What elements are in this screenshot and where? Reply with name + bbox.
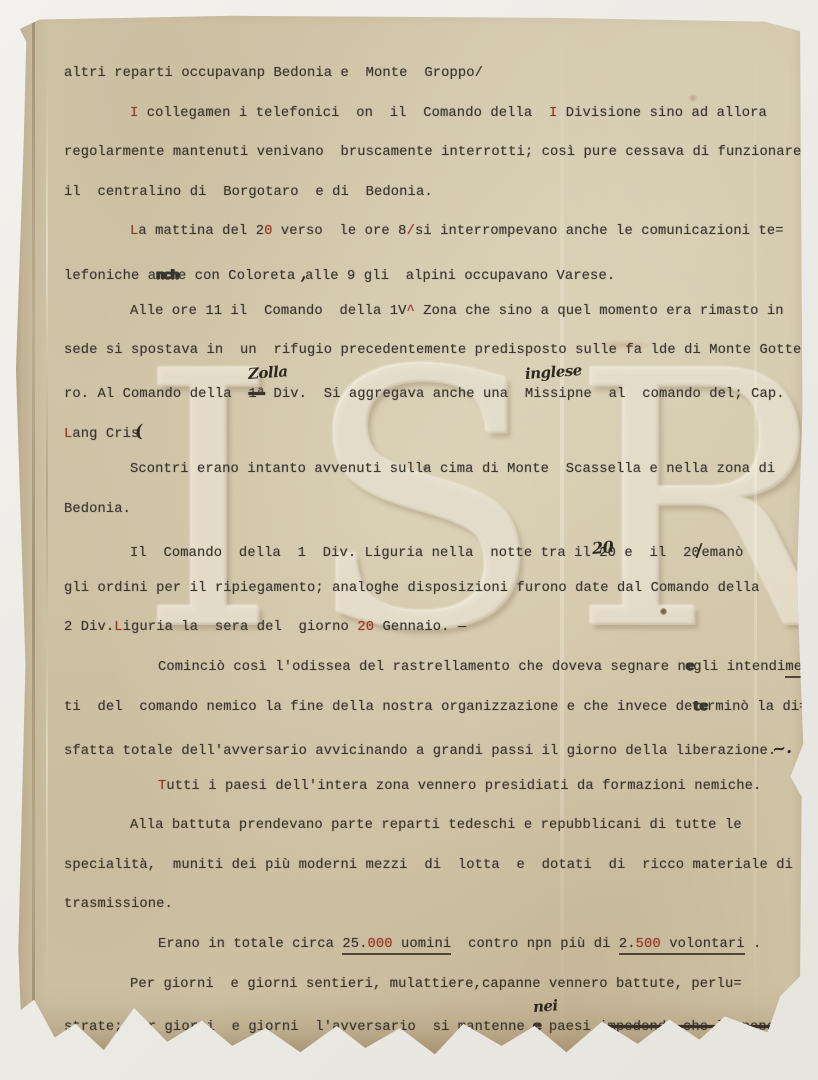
typed-text: 1ª	[248, 387, 265, 402]
typed-text: ro. Al Comando della	[64, 387, 248, 402]
typed-text: collegamen i telefonici on il Comando de…	[138, 106, 549, 121]
typed-text: uomini	[393, 937, 452, 955]
typed-line: specialità, muniti dei più moderni mezzi…	[12, 858, 804, 898]
typed-line: Il Comando della 1 Div. Liguria nella no…	[12, 541, 804, 581]
typed-text: sede si spostava in un rifugio precedent…	[64, 343, 804, 358]
typed-line: 2 Div.Liguria la sera del giorno 20 Genn…	[12, 620, 804, 660]
typed-text: Divisione sino ad allora	[557, 106, 767, 121]
typed-text: sfatta totale dell'avversario avvicinand…	[64, 744, 776, 759]
typed-line: ti del comando nemico la fine della nost…	[12, 700, 804, 740]
typed-line: Alle ore 11 il Comando della 1V^ Zona ch…	[12, 304, 804, 344]
typed-line: I collegamen i telefonici on il Comando …	[12, 106, 804, 146]
typed-text-body: altri reparti occupavanp Bedonia e Monte…	[12, 10, 804, 1056]
typed-line: il centralino di Borgotaro e di Bedonia.	[12, 185, 804, 225]
typed-line: Per giorni e giorni sentieri, mulattiere…	[12, 977, 804, 1017]
typed-text: gli intendi	[693, 660, 785, 675]
typed-text: L	[114, 620, 122, 635]
typed-text: 500	[636, 937, 661, 955]
typed-line: Erano in totale circa 25.000 uomini cont…	[12, 937, 804, 977]
typed-text: Il Comando della 1 Div. Liguria nella no…	[130, 546, 599, 561]
typed-line: La mattina del 20 verso le ore 8/si inte…	[12, 224, 804, 264]
typed-text: ^	[407, 304, 415, 319]
typed-line: lefoniche anche con Coloreta ,alle 9 gli…	[12, 264, 804, 304]
typed-text: ang Cris	[72, 427, 139, 442]
typed-line: ro. Al Comando della Zolla1ª Div. Si agg…	[12, 383, 804, 423]
typed-text: te	[692, 700, 707, 715]
typed-text: Scontri erano intanto avvenuti sulla cim…	[130, 462, 775, 477]
typed-text: Alla battuta prendevano parte reparti te…	[130, 818, 742, 833]
handwritten-annotation: inglese	[524, 365, 525, 383]
typed-text: 2.	[619, 937, 636, 955]
typed-text: 2 Div.	[64, 620, 114, 635]
handwritten-annotation: ~.	[771, 738, 793, 760]
typed-line: trasmissione.	[12, 897, 804, 937]
typed-line: Tutti i paesi dell'intera zona vennero p…	[12, 779, 804, 819]
typed-text: Missipne al comando del; Cap.	[525, 387, 785, 402]
typed-text: a mattina del 2	[138, 224, 264, 239]
typed-text: 000	[368, 937, 393, 955]
typed-text: .	[745, 937, 762, 952]
typed-line: Cominciò così l'odissea del rastrellamen…	[12, 660, 804, 700]
typed-line: Lang Cris(	[12, 422, 804, 462]
typed-text: lefoniche a	[64, 269, 156, 284]
typed-text: emanò	[702, 546, 744, 561]
typed-text: contro npn più di	[451, 937, 619, 952]
handwritten-annotation: (	[134, 422, 144, 443]
typed-text: nch	[156, 269, 178, 284]
typed-text: utti i paesi dell'intera zona vennero pr…	[166, 779, 761, 794]
typed-text: gli ordini per il ripiegamento; analoghe…	[64, 581, 760, 596]
typed-text: alle 9 gli alpini occupavano Varese.	[305, 269, 615, 284]
typed-text: Erano in totale circa	[158, 937, 342, 952]
typed-text: Bedonia.	[64, 502, 131, 517]
document-page: ISR altri reparti occupavanp Bedonia e M…	[12, 10, 804, 1066]
typed-line: Bedonia.	[12, 502, 804, 542]
typed-line: gli ordini per il ripiegamento; analoghe…	[12, 581, 804, 621]
typed-text: Alle ore 11 il Comando della 1V	[130, 304, 407, 319]
typed-text: si interrompevano anche le comunicazioni…	[415, 224, 784, 239]
typed-text: specialità, muniti dei più moderni mezzi…	[64, 858, 793, 873]
typed-line: sfatta totale dell'avversario avvicinand…	[12, 739, 804, 779]
typed-text: Per giorni e giorni sentieri, mulattiere…	[130, 977, 742, 992]
handwritten-annotation: Zolla	[248, 365, 249, 383]
typed-text: Zona che sino a quel momento era rimasto…	[415, 304, 784, 319]
typed-text: trasmissione.	[64, 897, 173, 912]
typed-text: altri reparti occupavanp Bedonia e Monte…	[64, 66, 483, 81]
typed-text: e il 20	[616, 546, 700, 561]
typed-text: rminò la di=	[707, 700, 804, 715]
typed-text: volontari	[661, 937, 745, 955]
typed-text: e con Coloreta	[178, 269, 304, 284]
typed-line: Alla battuta prendevano parte reparti te…	[12, 818, 804, 858]
handwritten-annotation: nei	[533, 998, 534, 1016]
typed-text: Div. Si aggregava anche una	[265, 387, 525, 402]
typed-line: altri reparti occupavanp Bedonia e Monte…	[12, 66, 804, 106]
typed-text: il centralino di Borgotaro e di Bedonia.	[64, 185, 433, 200]
typed-text: 25.	[342, 937, 367, 955]
typed-text: ti del comando nemico la fine della nost…	[64, 700, 692, 715]
typed-text: 20	[357, 620, 374, 635]
typed-text: Cominciò così l'odissea del rastrellamen…	[158, 660, 686, 675]
typed-text: verso le ore 8	[272, 224, 406, 239]
typed-text: Gennaio. —	[374, 620, 466, 635]
typed-line: Scontri erano intanto avvenuti sulla cim…	[12, 462, 804, 502]
typed-text: regolarmente mantenuti venivano bruscame…	[64, 145, 801, 160]
typed-line: regolarmente mantenuti venivano bruscame…	[12, 145, 804, 185]
typed-text: /	[407, 224, 415, 239]
typed-line: sede si spostava in un rifugio precedent…	[12, 343, 804, 383]
typed-text: iguria la sera del giorno	[123, 620, 358, 635]
scanned-document-screenshot: { "page": { "watermark": "ISR", "paper_c…	[0, 0, 818, 1080]
